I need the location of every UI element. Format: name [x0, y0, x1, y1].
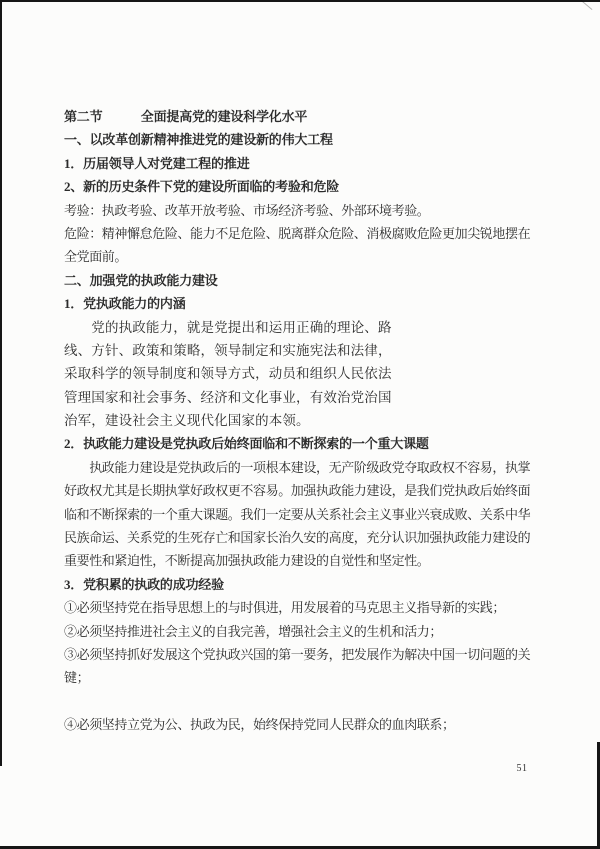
- text-line: 2．执政能力建设是党执政后始终面临和不断探索的一个重大课题: [64, 432, 544, 455]
- text-line: ③必须坚持抓好发展这个党执政兴国的第一要务，把发展作为解决中国一切问题的关: [64, 643, 544, 666]
- text-line: 好政权尤其是长期执掌好政权更不容易。加强执政能力建设，是我们党执政后始终面: [64, 479, 544, 502]
- text-line: 线、方针、政策和策略，领导制定和实施宪法和法律，: [64, 339, 544, 362]
- text-line: 键；: [64, 666, 544, 689]
- text-line: 1．党执政能力的内涵: [64, 292, 544, 315]
- text-line: [64, 690, 544, 713]
- text-line: 危险：精神懈怠危险、能力不足危险、脱离群众危险、消极腐败危险更加尖锐地摆在: [64, 222, 544, 245]
- text-line: 党的执政能力，就是党提出和运用正确的理论、路: [64, 316, 544, 339]
- text-line: ④必须坚持立党为公、执政为民，始终保持党同人民群众的血肉联系；: [64, 713, 544, 736]
- scan-edge-left: [0, 0, 2, 766]
- scan-edge-top: [0, 0, 600, 2]
- text-line: 重要性和紧迫性，不断提高加强执政能力建设的自觉性和坚定性。: [64, 549, 544, 572]
- text-block: 第二节 全面提高党的建设科学化水平一、以改革创新精神推进党的建设新的伟大工程1．…: [64, 105, 544, 737]
- text-line: 3．党积累的执政的成功经验: [64, 573, 544, 596]
- text-line: ①必须坚持党在指导思想上的与时俱进，用发展着的马克思主义指导新的实践；: [64, 596, 544, 619]
- text-line: ②必须坚持推进社会主义的自我完善，增强社会主义的生机和活力；: [64, 620, 544, 643]
- text-line: 第二节 全面提高党的建设科学化水平: [64, 105, 544, 128]
- text-line: 2、新的历史条件下党的建设所面临的考验和危险: [64, 175, 544, 198]
- text-line: 执政能力建设是党执政后的一项根本建设，无产阶级政党夺取政权不容易，执掌: [64, 456, 544, 479]
- text-line: 治军，建设社会主义现代化国家的本领。: [64, 409, 544, 432]
- text-line: 考验：执政考验、改革开放考验、市场经济考验、外部环境考验。: [64, 199, 544, 222]
- text-line: 一、以改革创新精神推进党的建设新的伟大工程: [64, 128, 544, 151]
- text-line: 民族命运、关系党的生死存亡和国家长治久安的高度，充分认识加强执政能力建设的: [64, 526, 544, 549]
- text-line: 采取科学的领导制度和领导方式，动员和组织人民依法: [64, 362, 544, 385]
- text-line: 1．历届领导人对党建工程的推进: [64, 152, 544, 175]
- text-line: 管理国家和社会事务、经济和文化事业，有效治党治国: [64, 386, 544, 409]
- page-number: 51: [510, 763, 534, 774]
- text-line: 全党面前。: [64, 245, 544, 268]
- text-line: 二、加强党的执政能力建设: [64, 269, 544, 292]
- scanned-document-page: 第二节 全面提高党的建设科学化水平一、以改革创新精神推进党的建设新的伟大工程1．…: [0, 0, 600, 849]
- text-line: 临和不断探索的一个重大课题。我们一定要从关系社会主义事业兴衰成败、关系中华: [64, 503, 544, 526]
